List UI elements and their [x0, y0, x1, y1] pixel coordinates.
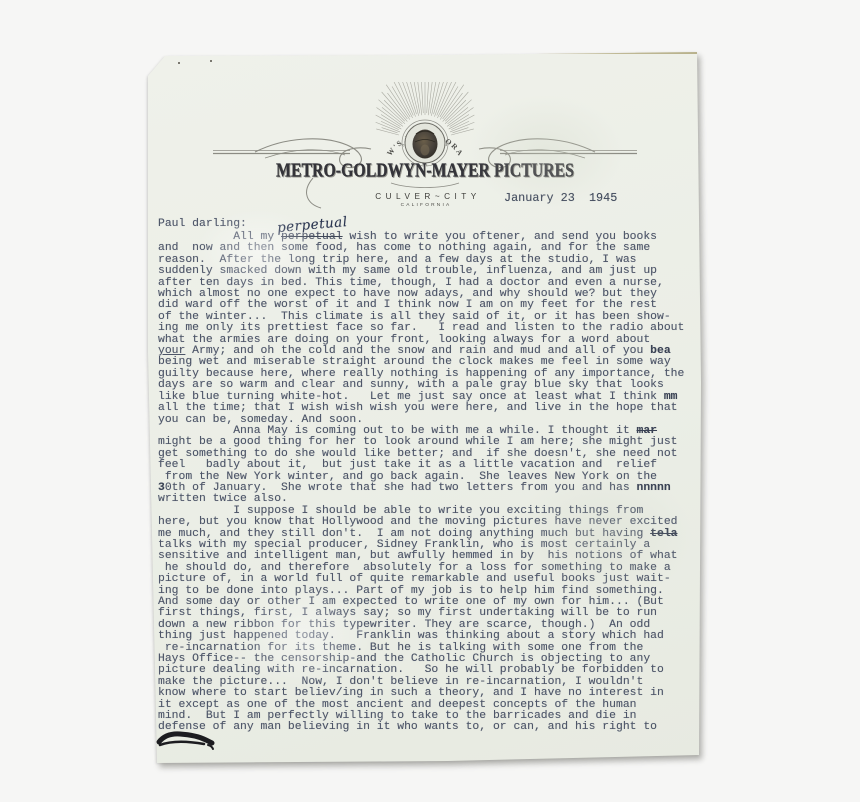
- letter-segment: thing just happened today. Franklin was …: [158, 630, 664, 642]
- scanned-letter-page: { "colors":{"background":"#f6f6f5","pape…: [0, 0, 860, 802]
- letter-segment: it except as one of the most ancient and…: [158, 699, 637, 711]
- letter-segment: after ten days in bed. This time, though…: [158, 277, 664, 289]
- state-label: CALIFORNIA: [401, 202, 452, 208]
- letter-segment: and now and then some food, has come to …: [158, 242, 650, 254]
- letter-date: January 23 1945: [504, 191, 617, 205]
- letter-segment-b: nnnnn: [637, 482, 671, 494]
- letter-segment: re-incarnation for its theme. But he is …: [158, 642, 643, 654]
- letter-segment: feel badly about it, but just take it as…: [158, 459, 657, 471]
- letter-segment: what the armies are doing on your front,…: [158, 334, 650, 346]
- letter-segment: down a new ribbon for this typewriter. T…: [158, 619, 650, 631]
- salutation: Paul darling:: [158, 219, 247, 230]
- letter-paper: LOEW'S INCORPORATED ARS GRATIA ARTIS MET…: [148, 52, 701, 763]
- company-name: METRO-GOLDWYN-MAYER PICTURES: [276, 160, 574, 182]
- letter-segment: might be a good thing for her to look ar…: [158, 436, 678, 448]
- letter-segment: me much, and they still don't. I am not …: [158, 528, 650, 540]
- letter-segment: days are so warm and clear and sunny, wi…: [158, 379, 664, 391]
- letter-segment: he should do, and therefore absolutely f…: [158, 562, 671, 574]
- letter-segment: first things, first, I always say; so my…: [158, 607, 657, 619]
- letter-segment: did ward off the worst of it and I think…: [158, 299, 657, 311]
- paper-speck: [178, 62, 180, 64]
- letter-segment: sensitive and intelligent man, but awful…: [158, 550, 678, 562]
- letter-segment: get something to do she would like bette…: [158, 448, 678, 460]
- letter-segment: being wet and miserable straight around …: [158, 356, 671, 368]
- letter-segment: from the New York winter, and go back ag…: [158, 471, 657, 483]
- letter-segment: know where to start believ/ing in such a…: [158, 687, 664, 699]
- letter-segment: ing to be done into plays... Part of my …: [158, 585, 664, 597]
- city-label: CULVER~CITY: [375, 192, 481, 201]
- letter-segment: here, but you know that Hollywood and th…: [158, 516, 678, 528]
- letter-segment: defense of any man believing in it who w…: [158, 721, 657, 733]
- letter-line: defense of any man believing in it who w…: [158, 722, 696, 733]
- letter-segment: picture dealing with re-incarnation. So …: [158, 664, 664, 676]
- corporation-disclaimer: NO AGREEMENT OR ORDER WILL BE BINDING ON…: [148, 768, 701, 775]
- letter-segment: written twice also.: [158, 493, 288, 505]
- letter-segment: all the time; that I wish wish wish you …: [158, 402, 678, 414]
- handwritten-correction: perpetual: [277, 216, 349, 235]
- letter-segment: you can be, someday. And soon.: [158, 414, 363, 426]
- paper-speck: [210, 60, 212, 62]
- letter-segment: ing me only its prettiest face so far. I…: [158, 322, 684, 334]
- letter-segment-strike: perpetualperpetual: [281, 231, 343, 243]
- letter-segment: suddenly smacked down with my same old t…: [158, 265, 657, 277]
- letter-segment: picture of, in a world full of quite rem…: [158, 573, 671, 585]
- letter-segment-b: mm: [664, 391, 678, 403]
- ink-scribble: [156, 728, 220, 754]
- letter-segment: like blue turning white-hot. Let me just…: [158, 391, 664, 403]
- letter-segment: I suppose I should be able to write you …: [158, 505, 643, 517]
- letter-segment-bs: tela: [650, 528, 677, 540]
- letter-body: All my perpetualperpetual wish to write …: [158, 232, 696, 734]
- letter-paper-wrapper: LOEW'S INCORPORATED ARS GRATIA ARTIS MET…: [148, 52, 701, 763]
- letter-segment: reason. After the long trip here, and a …: [158, 254, 637, 266]
